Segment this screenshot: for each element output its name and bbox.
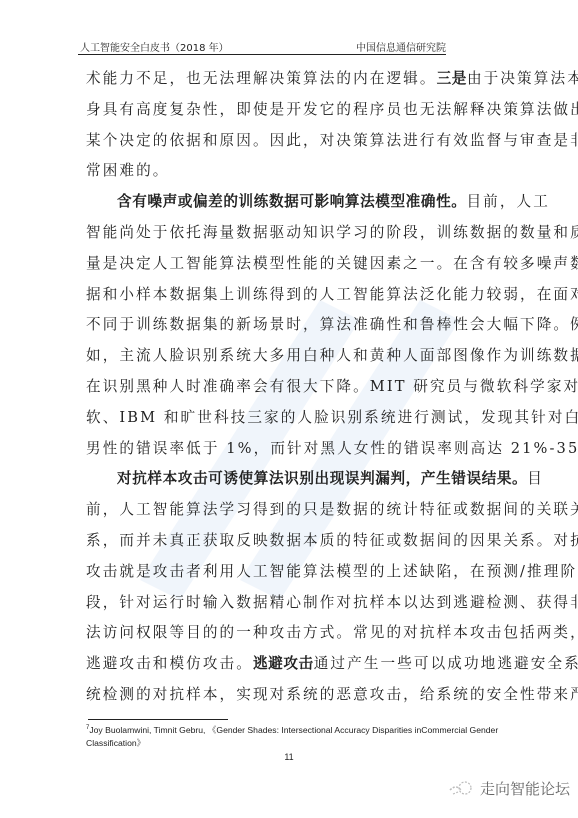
watermark-label: 走向智能论坛: [480, 778, 570, 799]
paragraph-heading-line: 对抗样本攻击可诱使算法识别出现误判漏判，产生错误结果。目: [86, 464, 496, 495]
paragraph-line: 据和小样本数据集上训练得到的人工智能算法泛化能力较弱，在面对: [86, 280, 496, 311]
paragraph-line: 法访问权限等目的的一种攻击方式。常见的对抗样本攻击包括两类，: [86, 618, 496, 649]
paragraph-heading-line: 含有噪声或偏差的训练数据可影响算法模型准确性。目前，人工: [86, 187, 496, 218]
paragraph-line: 智能尚处于依托海量数据驱动知识学习的阶段，训练数据的数量和质: [86, 218, 496, 249]
bold-heading: 含有噪声或偏差的训练数据可影响算法模型准确性。: [117, 193, 466, 210]
paragraph-line: 常困难的。: [86, 156, 496, 187]
document-title: 人工智能安全白皮书（2018 年）: [80, 39, 229, 54]
paragraph-line: 如，主流人脸识别系统大多用白种人和黄种人面部图像作为训练数据，: [86, 341, 496, 372]
paragraph-line: 某个决定的依据和原因。因此，对决策算法进行有效监督与审查是非: [86, 126, 496, 157]
footnote: 7Joy Buolamwini, Timnit Gebru, 《Gender S…: [86, 724, 506, 750]
paragraph-line: 逃避攻击和模仿攻击。逃避攻击通过产生一些可以成功地逃避安全系: [86, 649, 496, 680]
body-text: 术能力不足，也无法理解决策算法的内在逻辑。三是由于决策算法本 身具有高度复杂性，…: [86, 64, 496, 711]
paragraph-line: 攻击就是攻击者利用人工智能算法模型的上述缺陷，在预测/推理阶: [86, 557, 496, 588]
footnote-text: Joy Buolamwini, Timnit Gebru, 《Gender Sh…: [86, 725, 498, 748]
bold-heading: 对抗样本攻击可诱使算法识别出现误判漏判，产生错误结果。: [117, 470, 527, 487]
source-watermark: 走向智能论坛: [448, 778, 570, 799]
paragraph-line: 前，人工智能算法学习得到的只是数据的统计特征或数据间的关联关: [86, 495, 496, 526]
paragraph-line: 在识别黑种人时准确率会有很大下降。MIT 研究员与微软科学家对微: [86, 372, 496, 403]
wechat-official-account-icon: [448, 780, 474, 798]
paragraph-line: 不同于训练数据集的新场景时，算法准确性和鲁棒性会大幅下降。例: [86, 310, 496, 341]
paragraph-line: 男性的错误率低于 1%，而针对黑人女性的错误率则高达 21%-35%7。: [86, 434, 496, 465]
organization-name: 中国信息通信研究院: [356, 39, 446, 54]
paragraph-line: 术能力不足，也无法理解决策算法的内在逻辑。三是由于决策算法本: [86, 64, 496, 95]
paragraph-line: 身具有高度复杂性，即使是开发它的程序员也无法解释决策算法做出: [86, 95, 496, 126]
paragraph-line: 量是决定人工智能算法模型性能的关键因素之一。在含有较多噪声数: [86, 249, 496, 280]
page-number: 11: [0, 752, 578, 762]
page-header: 人工智能安全白皮书（2018 年） 中国信息通信研究院: [78, 36, 446, 55]
paragraph-line: 系，而并未真正获取反映数据本质的特征或数据间的因果关系。对抗: [86, 526, 496, 557]
footnote-separator: [88, 719, 228, 720]
paragraph-line: 软、IBM 和旷世科技三家的人脸识别系统进行测试，发现其针对白人: [86, 403, 496, 434]
paragraph-line: 段，针对运行时输入数据精心制作对抗样本以达到逃避检测、获得非: [86, 588, 496, 619]
paragraph-line: 统检测的对抗样本，实现对系统的恶意攻击，给系统的安全性带来严: [86, 680, 496, 711]
